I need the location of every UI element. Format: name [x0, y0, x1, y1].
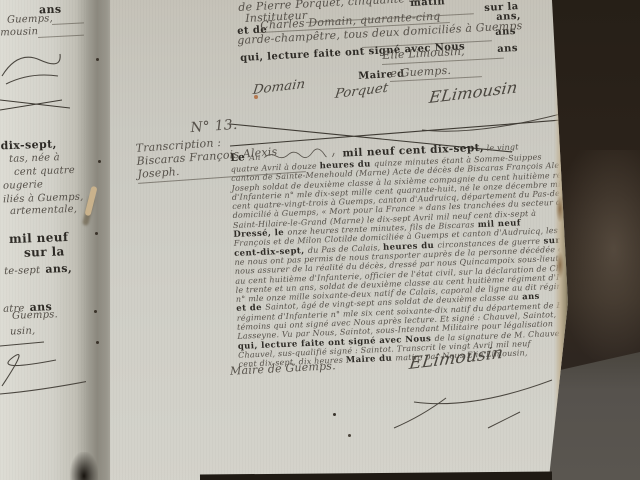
binding-stitch	[98, 160, 101, 163]
page-edge-stain	[556, 252, 564, 278]
binding-stitch	[95, 232, 98, 235]
act-body: Le An mil neuf cent dix-sept, le vingtqu…	[230, 137, 590, 369]
right-page: de Pierre Porquet, cinquante-six matin s…	[110, 0, 568, 480]
handwritten-text: An	[249, 153, 261, 162]
binding-thread	[84, 186, 97, 217]
ink-stain	[254, 95, 258, 99]
left-page-handwritten-fragment: Guemps.	[12, 309, 58, 322]
printed-template-text: ans	[497, 43, 518, 55]
printed-template-text: ans,	[45, 262, 72, 276]
handwritten-text: le vingt	[484, 142, 519, 152]
left-page-mixed-fragment: te-sept ans,	[4, 257, 73, 278]
register-book-photo: ans Guemps, Limousin cent dix-sept, tas,…	[0, 0, 640, 480]
printed-template-text: Maire du	[346, 354, 396, 366]
handwritten-text: te-sept	[4, 265, 41, 277]
printed-template-text: Le	[230, 151, 249, 164]
left-page-handwritten-fragment: Limousin	[0, 26, 38, 39]
left-page-signature-flourish	[0, 46, 62, 88]
binding-stitch	[94, 310, 97, 313]
left-page-closing-rules	[0, 94, 72, 116]
paper-speck	[333, 413, 336, 416]
printed-template-text: matin	[410, 0, 445, 9]
left-page: ans Guemps, Limousin cent dix-sept, tas,…	[0, 0, 86, 480]
left-page-printed-fragment: cent dix-sept,	[0, 137, 57, 153]
binding-stitch	[96, 341, 99, 344]
signature-porquet: Porquet	[334, 81, 389, 102]
form-rule-line	[38, 35, 84, 38]
signature-flourish	[392, 358, 562, 436]
left-page-handwritten-fragment: artementale,	[10, 204, 78, 217]
blank-filler-squiggle	[263, 148, 335, 160]
signature-domain: Domain	[252, 77, 306, 98]
paper-speck	[348, 434, 351, 437]
left-page-handwritten-fragment: ougerie	[3, 179, 43, 191]
left-page-handwritten-fragment: cent quatre	[14, 165, 75, 178]
left-page-handwritten-fragment: usin,	[9, 326, 35, 338]
left-page-handwritten-fragment: tas, née à	[9, 152, 60, 165]
gutter-bottom-shadow	[70, 452, 98, 480]
form-rule-line	[52, 22, 84, 25]
left-page-handwritten-fragment: Guemps,	[7, 13, 53, 26]
binding-stitch	[96, 58, 99, 61]
